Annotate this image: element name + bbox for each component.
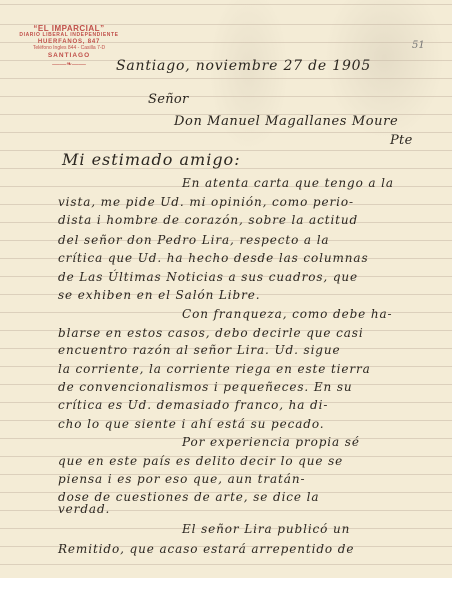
ornament-icon: ——❧—— <box>14 61 124 69</box>
body-line: de Las Últimas Noticias a sus cuadros, q… <box>58 270 358 284</box>
body-line: se exhiben en el Salón Libre. <box>58 288 260 302</box>
body-line: cho lo que siente i ahí está su pecado. <box>58 417 324 431</box>
body-line: de convencionalismos i pequeñeces. En su <box>58 380 353 394</box>
recipient-city: Pte <box>390 133 413 148</box>
body-line: dista i hombre de corazón, sobre la acti… <box>58 213 358 227</box>
body-line: del señor don Pedro Lira, respecto a la <box>58 233 330 247</box>
body-line: encuentro razón al señor Lira. Ud. sigue <box>58 343 341 357</box>
body-line: El señor Lira publicó un <box>182 522 350 536</box>
body-line: En atenta carta que tengo a la <box>182 176 394 190</box>
body-line: la corriente, la corriente riega en este… <box>58 362 371 376</box>
letter-page: “EL IMPARCIAL” DIARIO LIBERAL INDEPENDIE… <box>0 0 452 578</box>
body-line: crítica es Ud. demasiado franco, ha di- <box>58 398 328 412</box>
body-line: Por experiencia propia sé <box>182 435 360 449</box>
body-line: blarse en estos casos, debo decirle que … <box>58 326 364 340</box>
body-line: Con franqueza, como debe ha- <box>182 307 393 321</box>
date-line: Santiago, noviembre 27 de 1905 <box>116 58 371 74</box>
greeting: Mi estimado amigo: <box>62 150 241 169</box>
body-line: verdad. <box>58 502 110 516</box>
letterhead: “EL IMPARCIAL” DIARIO LIBERAL INDEPENDIE… <box>14 24 124 69</box>
body-line: que en este país es delito decir lo que … <box>58 454 343 468</box>
body-line: crítica que Ud. ha hecho desde las colum… <box>58 251 369 265</box>
body-line: vista, me pide Ud. mi opinión, como peri… <box>58 195 354 209</box>
page-number: 51 <box>412 40 425 51</box>
body-line: piensa i es por eso que, aun tratán- <box>58 472 305 486</box>
salutation-title: Señor <box>148 92 189 107</box>
letterhead-city: SANTIAGO <box>14 52 124 59</box>
body-line: Remitido, que acaso estará arrepentido d… <box>58 542 354 556</box>
recipient-name: Don Manuel Magallanes Moure <box>174 114 398 129</box>
